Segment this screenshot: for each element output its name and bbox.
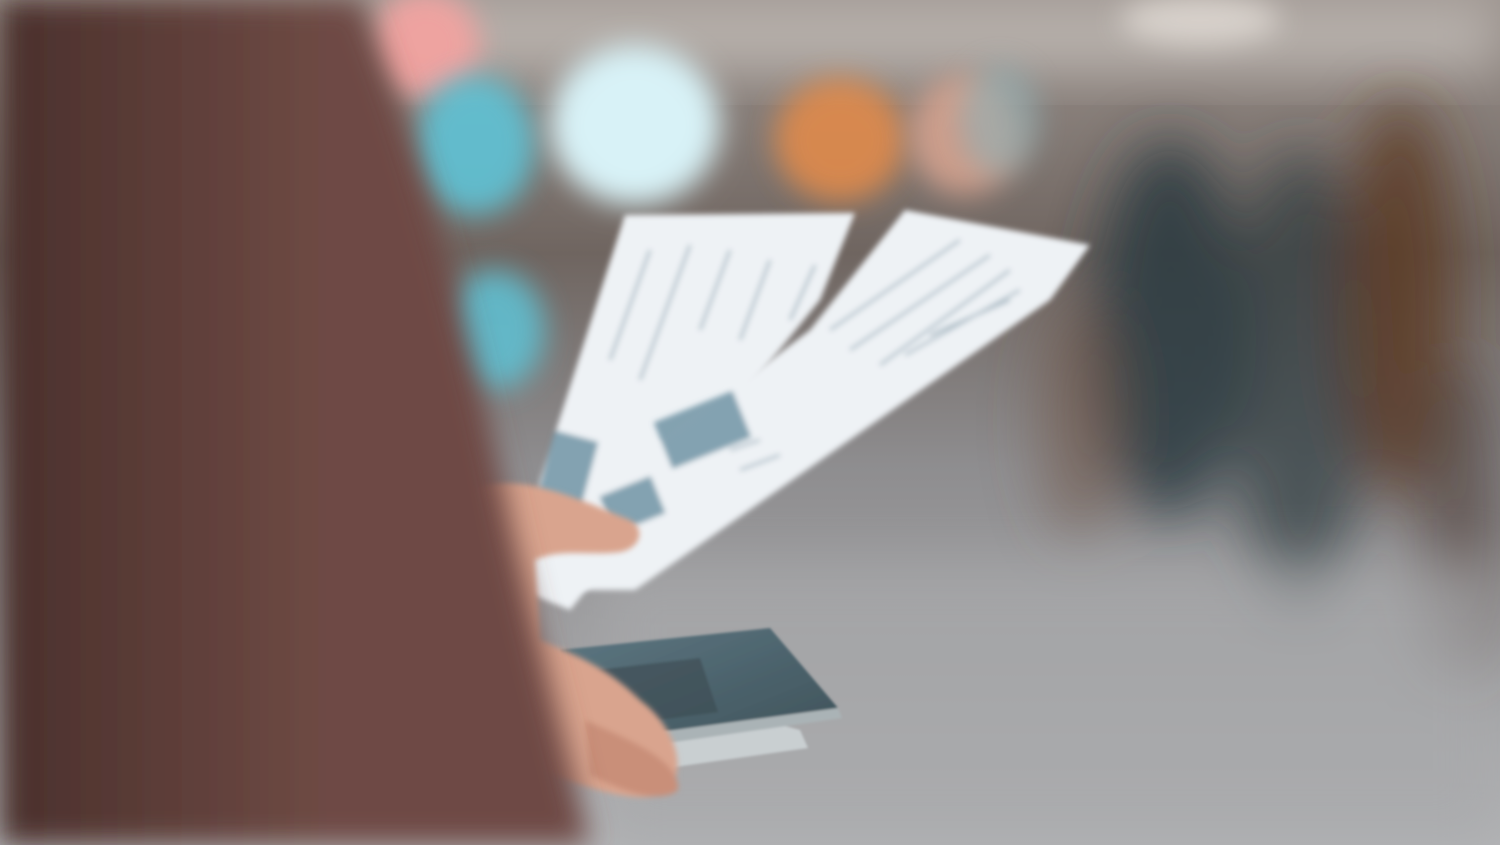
photo-illustration: [0, 0, 1500, 845]
photo-scene: [0, 0, 1500, 845]
ceiling-light-band: [380, 0, 1500, 70]
